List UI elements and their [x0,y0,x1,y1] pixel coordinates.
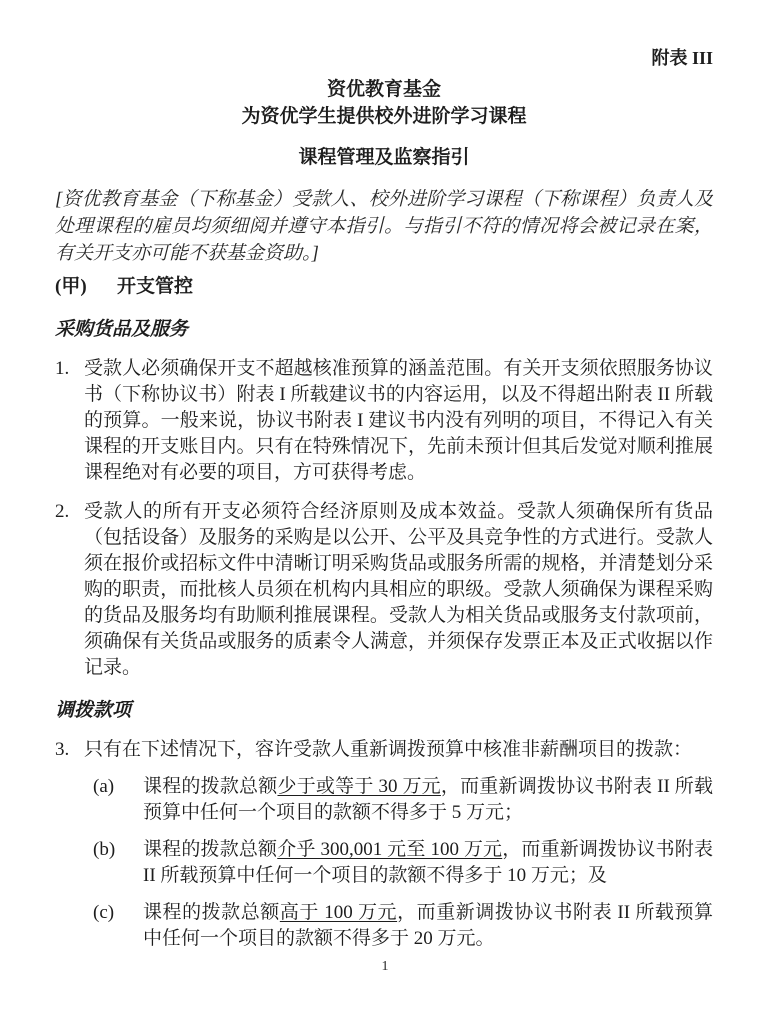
sub-item-label: (a) [93,774,143,826]
item-text: 只有在下述情况下，容许受款人重新调拨预算中核准非薪酬项目的拨款： [84,737,713,763]
underlined-amount: 介乎 300,001 元至 100 万元 [277,839,502,860]
item-text: 受款人必须确保开支不超越核准预算的涵盖范围。有关开支须依照服务协议书（下称协议书… [84,356,713,486]
item-number: 2. [55,499,84,681]
sub-item-text-pre: 课程的拨款总额 [143,839,277,860]
document-title-line1: 资优教育基金 [55,76,713,103]
document-title: 资优教育基金 为资优学生提供校外进阶学习课程 [55,76,713,130]
notice-paragraph: [资优教育基金（下称基金）受款人、校外进阶学习课程（下称课程）负责人及处理课程的… [55,186,713,267]
numbered-item-3: 3. 只有在下述情况下，容许受款人重新调拨预算中核准非薪酬项目的拨款： [55,737,713,763]
sub-item-text: 课程的拨款总额少于或等于 30 万元，而重新调拨协议书附表 II 所载预算中任何… [143,774,713,826]
sub-item-b: (b) 课程的拨款总额介乎 300,001 元至 100 万元，而重新调拨协议书… [93,837,713,889]
numbered-item-2: 2. 受款人的所有开支必须符合经济原则及成本效益。受款人须确保所有货品（包括设备… [55,499,713,681]
sub-item-label: (b) [93,837,143,889]
item-number: 1. [55,356,84,486]
document-subtitle: 课程管理及监察指引 [55,144,713,171]
section-a-heading: (甲)开支管控 [55,273,713,300]
procurement-heading: 采购货品及服务 [55,316,713,343]
sub-item-a: (a) 课程的拨款总额少于或等于 30 万元，而重新调拨协议书附表 II 所载预… [93,774,713,826]
underlined-amount: 高于 100 万元 [280,902,397,923]
page-number: 1 [0,958,770,976]
appendix-label: 附表 III [55,48,713,68]
document-page: 附表 III 资优教育基金 为资优学生提供校外进阶学习课程 课程管理及监察指引 … [0,0,770,1024]
sub-item-text-pre: 课程的拨款总额 [143,776,277,797]
sub-item-text: 课程的拨款总额高于 100 万元，而重新调拨协议书附表 II 所载预算中任何一个… [143,900,713,952]
document-title-line2: 为资优学生提供校外进阶学习课程 [55,103,713,130]
numbered-item-1: 1. 受款人必须确保开支不超越核准预算的涵盖范围。有关开支须依照服务协议书（下称… [55,356,713,486]
section-a-label: (甲) [55,273,117,300]
item-number: 3. [55,737,84,763]
section-a-title: 开支管控 [117,276,193,297]
underlined-amount: 少于或等于 30 万元 [277,776,440,797]
transfer-heading: 调拨款项 [55,697,713,724]
sub-item-text: 课程的拨款总额介乎 300,001 元至 100 万元，而重新调拨协议书附表 I… [143,837,713,889]
item-text: 受款人的所有开支必须符合经济原则及成本效益。受款人须确保所有货品（包括设备）及服… [84,499,713,681]
sub-item-text-pre: 课程的拨款总额 [143,902,280,923]
sub-item-c: (c) 课程的拨款总额高于 100 万元，而重新调拨协议书附表 II 所载预算中… [93,900,713,952]
sub-item-label: (c) [93,900,143,952]
